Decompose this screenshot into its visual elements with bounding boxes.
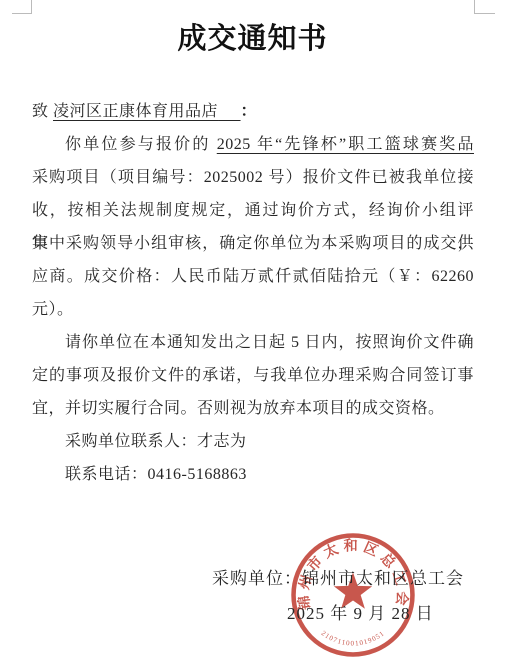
body-line-5: 应商。成交价格：人民币陆万贰仟贰佰陆拾元（￥：62260: [32, 260, 474, 293]
text-segment: ：: [241, 103, 258, 120]
purchaser-signature-line: 采购单位：锦州市太和区总工会: [212, 562, 464, 595]
text-segment: 致: [32, 103, 53, 120]
document-body: 致 凌河区正康体育用品店 ：你单位参与报价的 2025 年“先锋杯”职工篮球赛奖…: [32, 95, 474, 491]
official-seal: 锦州市太和区总工会 210711001019051: [289, 531, 417, 659]
seal-group: 锦州市太和区总工会 210711001019051: [294, 536, 413, 655]
text-segment: 元）。: [32, 301, 74, 318]
underlined-fill-in: 凌河区正康体育用品店: [53, 103, 218, 120]
body-line-6: 元）。: [32, 293, 474, 326]
page-title: 成交通知书: [0, 16, 505, 57]
text-segment: 定的事项及报价文件的承诺，与我单位办理采购合同签订事: [32, 367, 474, 384]
date-line: 2025 年 9 月 28 日: [287, 597, 434, 630]
text-boundary-mark-top-left: [12, 0, 32, 14]
text-segment: 采购单位联系人：才志为: [65, 433, 247, 450]
contact-person-line: 采购单位联系人：才志为: [32, 425, 474, 458]
underlined-fill-in: 2025 年“先锋杯”职工篮球赛奖品: [217, 136, 474, 153]
text-segment: 请你单位在本通知发出之日起 5 日内，按照询价文件确: [65, 334, 474, 351]
text-segment: 宜，并切实履行合同。否则视为放弃本项目的成交资格。: [32, 400, 445, 417]
body-line-7: 请你单位在本通知发出之日起 5 日内，按照询价文件确: [32, 326, 474, 359]
underlined-fill-in: [218, 103, 241, 120]
text-segment: 集中采购领导小组审核，确定你单位为本采购项目的成交供: [32, 235, 474, 252]
text-segment: 你单位参与报价的: [65, 136, 217, 153]
text-segment: 采购项目（项目编号：2025002 号）报价文件已被我单位接: [32, 169, 474, 186]
body-line-8: 定的事项及报价文件的承诺，与我单位办理采购合同签订事: [32, 359, 474, 392]
body-line-1: 你单位参与报价的 2025 年“先锋杯”职工篮球赛奖品: [32, 128, 474, 161]
body-line-3: 收，按相关法规制度规定，通过询价方式，经询价小组评审，: [32, 194, 474, 227]
text-boundary-mark-top-right: [474, 0, 495, 14]
document-page: 成交通知书 致 凌河区正康体育用品店 ：你单位参与报价的 2025 年“先锋杯”…: [0, 0, 505, 662]
seal-code-arc: 210711001019051: [320, 629, 387, 647]
body-line-4: 集中采购领导小组审核，确定你单位为本采购项目的成交供: [32, 227, 474, 260]
salutation-line: 致 凌河区正康体育用品店 ：: [32, 95, 474, 128]
body-line-9: 宜，并切实履行合同。否则视为放弃本项目的成交资格。: [32, 392, 474, 425]
text-segment: 应商。成交价格：人民币陆万贰仟贰佰陆拾元（￥：62260: [32, 268, 474, 285]
text-segment: 联系电话：0416-5168863: [65, 466, 247, 483]
contact-phone-line: 联系电话：0416-5168863: [32, 458, 474, 491]
body-line-2: 采购项目（项目编号：2025002 号）报价文件已被我单位接: [32, 161, 474, 194]
